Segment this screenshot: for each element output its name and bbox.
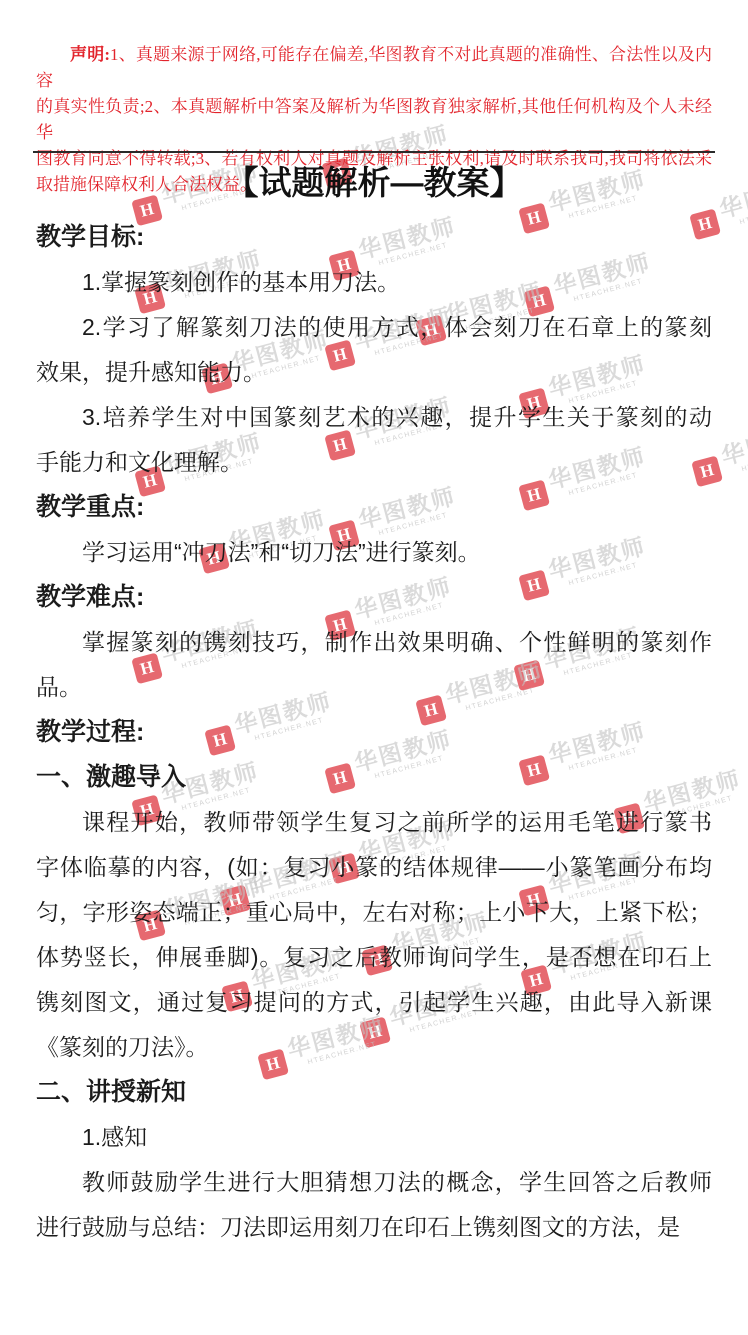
section-heading: 二、讲授新知 <box>36 1070 712 1115</box>
text-line: 体势竖长，伸展垂脚)。复习之后教师询问学生，是否想在印石上 <box>36 935 712 980</box>
text-line: 《篆刻的刀法》。 <box>36 1025 712 1070</box>
text-line: 匀，字形姿态端正；重心局中，左右对称；上小下大，上紧下松； <box>36 890 712 935</box>
text-line: 教师鼓励学生进行大胆猜想刀法的概念，学生回答之后教师 <box>36 1160 712 1205</box>
section-heading: 教学难点: <box>36 575 712 620</box>
text-line: 字体临摹的内容，(如：复习小篆的结体规律——小篆笔画分布均 <box>36 845 712 890</box>
document-body: 教学目标:1.掌握篆刻创作的基本用刀法。2.学习了解篆刻刀法的使用方式，体会刻刀… <box>36 215 712 1250</box>
text-line: 2.学习了解篆刻刀法的使用方式，体会刻刀在石章上的篆刻 <box>36 305 712 350</box>
text-line: 课程开始，教师带领学生复习之前所学的运用毛笔进行篆书 <box>36 800 712 845</box>
text-line: 手能力和文化理解。 <box>36 440 712 485</box>
disclaimer-lead: 声明: <box>70 45 110 64</box>
text-line: 掌握篆刻的镌刻技巧，制作出效果明确、个性鲜明的篆刻作 <box>36 620 712 665</box>
section-heading: 教学重点: <box>36 485 712 530</box>
section-heading: 教学目标: <box>36 215 712 260</box>
disclaimer-line: 声明:1、真题来源于网络,可能存在偏差,华图教育不对此真题的准确性、合法性以及内… <box>36 42 712 94</box>
text-line: 进行鼓励与总结：刀法即运用刻刀在印石上镌刻图文的方法，是 <box>36 1205 712 1250</box>
text-line: 镌刻图文，通过复习提问的方式，引起学生兴趣，由此导入新课 <box>36 980 712 1025</box>
text-line: 学习运用“冲刀法”和“切刀法”进行篆刻。 <box>36 530 712 575</box>
text-line: 1.感知 <box>36 1115 712 1160</box>
page-title: 【试题解析—教案】 <box>0 158 748 208</box>
text-line: 3.培养学生对中国篆刻艺术的兴趣，提升学生关于篆刻的动 <box>36 395 712 440</box>
watermark-domain-text: HTEACHER.NET <box>741 445 748 474</box>
text-line: 1.掌握篆刻创作的基本用刀法。 <box>36 260 712 305</box>
disclaimer-line: 的真实性负责;2、本真题解析中答案及解析为华图教育独家解析,其他任何机构及个人未… <box>36 94 712 146</box>
watermark-brand-text: 华图教师 <box>719 421 748 469</box>
text-line: 品。 <box>36 665 712 710</box>
text-line: 效果，提升感知能力。 <box>36 350 712 395</box>
section-heading: 教学过程: <box>36 710 712 755</box>
document-page: H华图教师HTEACHER.NETH华图教师HTEACHER.NETH华图教师H… <box>0 0 748 1335</box>
divider-line <box>33 151 715 153</box>
watermark-text: 华图教师HTEACHER.NET <box>719 421 748 478</box>
section-heading: 一、激趣导入 <box>36 755 712 800</box>
